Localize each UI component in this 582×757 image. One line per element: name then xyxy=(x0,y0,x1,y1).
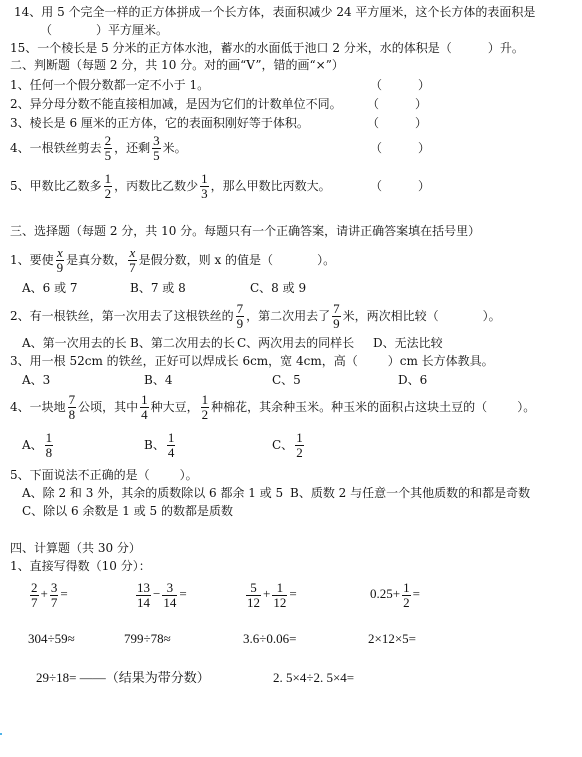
fraction: x9 xyxy=(56,246,65,275)
judge-answer-1[interactable]: （） xyxy=(370,77,430,93)
question-15: 15、一个棱长是 5 分米的正方体水池，蓄水的水面低于池口 2 分米，水的体积是… xyxy=(10,40,524,56)
choice-3-option-a[interactable]: A、3 xyxy=(22,372,50,388)
choice-question-3: 3、用一根 52cm 的铁丝，正好可以焊成长 6cm，宽 4cm，高（）cm 长… xyxy=(10,353,494,369)
choice-4-option-a[interactable]: A、18 xyxy=(22,429,55,461)
calc-row1-item2: 1314−314= xyxy=(134,578,187,610)
choice-2-option-d[interactable]: D、无法比较 xyxy=(373,335,443,351)
question-14-text: 14、用 5 个完全一样的正方体拼成一个长方体，表面积减少 24 平方厘米，这个… xyxy=(14,5,535,19)
calc-row2-item2: 799÷78≈ xyxy=(124,631,171,647)
choice-2-option-b[interactable]: B、第二次用去的长 xyxy=(130,335,235,351)
fraction: 12 xyxy=(104,172,113,201)
judge-item-4: 4、一根铁丝剪去25，还剩35米。 xyxy=(10,132,187,164)
question-14-answer-line: （）平方厘米。 xyxy=(40,22,168,38)
choice-5-option-b[interactable]: B、质数 2 与任意一个其他质数的和都是奇数 xyxy=(290,485,530,501)
judge-answer-5[interactable]: （） xyxy=(370,178,430,194)
choice-question-2: 2、有一根铁丝，第一次用去了这根铁丝的79，第二次用去了79米，两次相比较（）。 xyxy=(10,300,501,332)
calc-row1-item1: 27+37= xyxy=(28,578,68,610)
section-heading-choice: 三、选择题（每题 2 分，共 10 分。每题只有一个正确答案，请讲正确答案填在括… xyxy=(10,223,480,239)
stray-mark xyxy=(0,733,2,735)
fraction: 78 xyxy=(68,393,77,422)
judge-item-2: 2、异分母分数不能直接相加减，是因为它们的计数单位不同。 xyxy=(10,96,342,112)
section-heading-calc: 四、计算题（共 30 分） xyxy=(10,540,141,556)
calc-row1-item3: 512+112= xyxy=(244,578,297,610)
calc-row2-item4: 2×12×5= xyxy=(368,631,416,647)
judge-item-1: 1、任何一个假分数都一定不小于 1。 xyxy=(10,77,209,93)
question-14: 14、用 5 个完全一样的正方体拼成一个长方体，表面积减少 24 平方厘米，这个… xyxy=(14,4,535,20)
choice-3-option-d[interactable]: D、6 xyxy=(398,372,427,388)
choice-1-option-c[interactable]: C、8 或 9 xyxy=(250,280,306,296)
calc-row1-item4: 0.25+12= xyxy=(370,578,420,610)
choice-5-option-c[interactable]: C、除以 6 余数是 1 或 5 的数都是质数 xyxy=(22,503,233,519)
choice-2-option-c[interactable]: C、两次用去的同样长 xyxy=(237,335,354,351)
fraction: 25 xyxy=(104,134,113,163)
calc-row2-item3: 3.6÷0.06= xyxy=(243,631,296,647)
judge-answer-4[interactable]: （） xyxy=(370,140,430,156)
fraction: 13 xyxy=(200,172,209,201)
choice-3-option-c[interactable]: C、5 xyxy=(272,372,301,388)
choice-4-option-c[interactable]: C、12 xyxy=(272,429,306,461)
choice-3-option-b[interactable]: B、4 xyxy=(144,372,172,388)
fraction: x7 xyxy=(128,246,137,275)
choice-1-option-b[interactable]: B、7 或 8 xyxy=(130,280,186,296)
choice-question-1: 1、要使x9是真分数，x7是假分数，则 x 的值是（）。 xyxy=(10,244,335,276)
choice-2-option-a[interactable]: A、第一次用去的长 xyxy=(22,335,127,351)
choice-question-5: 5、下面说法不正确的是（）。 xyxy=(10,467,198,483)
calc-row2-item1: 304÷59≈ xyxy=(28,631,75,647)
judge-item-3: 3、棱长是 6 厘米的正方体，它的表面积刚好等于体积。 xyxy=(10,115,309,131)
choice-question-4: 4、一块地78公顷，其中14种大豆，12种棉花，其余种玉米。种玉米的面积占这块土… xyxy=(10,391,535,423)
fraction: 79 xyxy=(332,302,341,331)
calc-row3-item1: 29÷18= ——（结果为带分数） xyxy=(36,670,210,686)
choice-1-option-a[interactable]: A、6 或 7 xyxy=(22,280,78,296)
choice-5-option-a[interactable]: A、除 2 和 3 外，其余的质数除以 6 都余 1 或 5 xyxy=(22,485,283,501)
calc-row3-item2: 2. 5×4÷2. 5×4= xyxy=(273,670,354,686)
calc-sub-heading: 1、直接写得数（10 分）： xyxy=(10,558,151,574)
fraction: 35 xyxy=(152,134,161,163)
judge-answer-2[interactable]: （） xyxy=(367,96,427,112)
section-heading-judge: 二、判断题（每题 2 分，共 10 分。对的画“V”，错的画“×”） xyxy=(10,57,344,73)
choice-4-option-b[interactable]: B、14 xyxy=(144,429,177,461)
fraction: 12 xyxy=(201,393,210,422)
judge-item-5: 5、甲数比乙数多12，丙数比乙数少13，那么甲数比丙数大。 xyxy=(10,170,331,202)
judge-answer-3[interactable]: （） xyxy=(367,115,427,131)
fraction: 14 xyxy=(140,393,149,422)
fraction: 79 xyxy=(236,302,245,331)
